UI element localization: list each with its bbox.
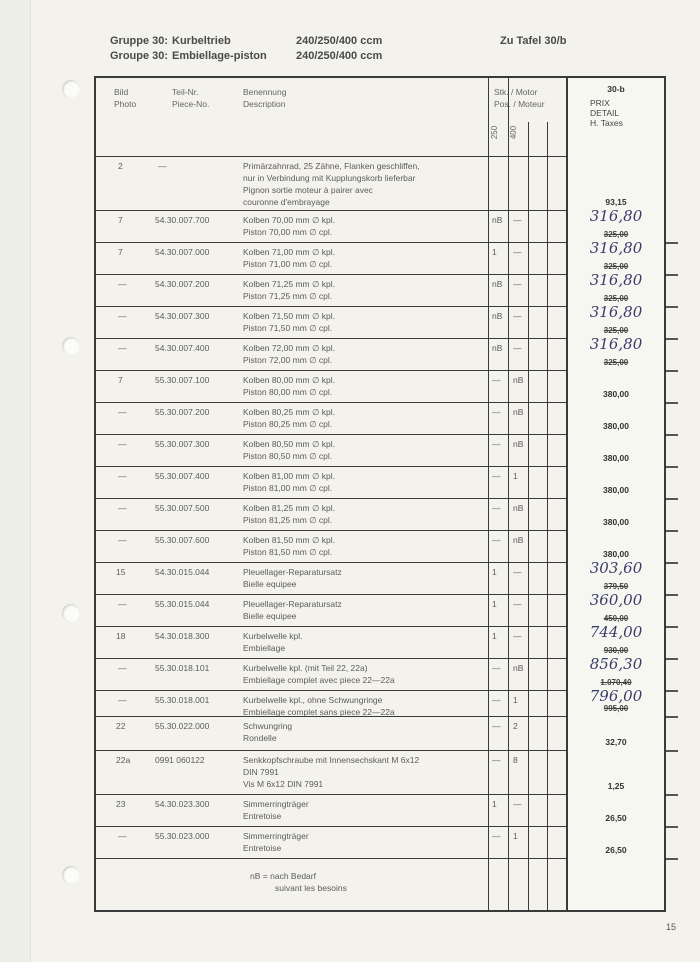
scan-mark: [666, 626, 678, 628]
row-price-handwritten: 360,00: [566, 591, 666, 609]
row-part-number: 55.30.007.500: [155, 502, 209, 514]
row-description: Kolben 80,00 mm ∅ kpl.Piston 80,00 mm ∅ …: [243, 374, 335, 398]
row-photo-ref: —: [118, 662, 127, 674]
row-price-handwritten: 316,80: [566, 271, 666, 289]
row-price-handwritten: 744,00: [566, 623, 666, 641]
col-header-part-no: Teil-Nr.Piece-No.: [172, 86, 209, 110]
row-description: Kurbelwelle kpl.Embiellage: [243, 630, 303, 654]
row-qty-250: —: [492, 694, 501, 706]
row-photo-ref: 2: [118, 160, 123, 172]
row-description: Pleuellager-ReparatursatzBielle equipee: [243, 566, 342, 590]
row-qty-400: 1: [513, 470, 518, 482]
row-qty-400: nB: [513, 406, 523, 418]
row-description: Pleuellager-ReparatursatzBielle equipee: [243, 598, 342, 622]
scan-mark: [666, 338, 678, 340]
row-description: Kolben 71,00 mm ∅ kpl.Piston 71,00 mm ∅ …: [243, 246, 335, 270]
row-part-number: 54.30.007.400: [155, 342, 209, 354]
row-price-handwritten: 316,80: [566, 207, 666, 225]
scan-mark: [666, 858, 678, 860]
row-qty-250: nB: [492, 342, 502, 354]
row-price-old-struck: 325,00: [566, 358, 666, 367]
row-photo-ref: —: [118, 830, 127, 842]
row-part-number: 54.30.007.300: [155, 310, 209, 322]
scan-edge: [0, 0, 31, 962]
row-description: SchwungringRondelle: [243, 720, 292, 744]
scan-mark: [666, 370, 678, 372]
row-qty-400: —: [513, 246, 522, 258]
row-photo-ref: —: [118, 470, 127, 482]
row-price: 380,00: [566, 485, 666, 495]
row-qty-400: nB: [513, 502, 523, 514]
row-photo-ref: 22: [116, 720, 125, 732]
row-price-handwritten: 856,30: [566, 655, 666, 673]
row-part-number: 55.30.007.600: [155, 534, 209, 546]
scan-mark: [666, 498, 678, 500]
row-qty-250: nB: [492, 310, 502, 322]
price-label: PRIXDETAILH. Taxes: [590, 98, 623, 128]
group-ccm-de: 240/250/400 ccm: [296, 35, 382, 47]
row-qty-250: —: [492, 374, 501, 386]
row-photo-ref: 7: [118, 246, 123, 258]
row-part-number: 54.30.023.300: [155, 798, 209, 810]
row-part-number: 54.30.007.200: [155, 278, 209, 290]
row-qty-250: —: [492, 502, 501, 514]
scan-mark: [666, 306, 678, 308]
col-header-bild: BildPhoto: [114, 86, 136, 110]
row-qty-400: nB: [513, 662, 523, 674]
row-description: Kolben 72,00 mm ∅ kpl.Piston 72,00 mm ∅ …: [243, 342, 335, 366]
row-price: 380,00: [566, 517, 666, 527]
scan-mark: [666, 794, 678, 796]
row-price: 93,15: [566, 197, 666, 207]
group-label-fr: Groupe 30:: [110, 50, 168, 62]
row-description: SimmerringträgerEntretoise: [243, 798, 309, 822]
row-qty-250: 1: [492, 598, 497, 610]
row-description: Kolben 80,50 mm ∅ kpl.Piston 80,50 mm ∅ …: [243, 438, 335, 462]
row-photo-ref: 23: [116, 798, 125, 810]
row-part-number: 55.30.007.400: [155, 470, 209, 482]
row-price-old-struck: 325,00: [566, 230, 666, 239]
row-description: Kolben 81,25 mm ∅ kpl.Piston 81,25 mm ∅ …: [243, 502, 335, 526]
row-price: 1,25: [566, 781, 666, 791]
row-qty-250: 1: [492, 246, 497, 258]
scan-mark: [666, 530, 678, 532]
scan-mark: [666, 690, 678, 692]
column-divider: [508, 120, 509, 156]
row-qty-400: —: [513, 214, 522, 226]
group-title-fr: Embiellage-piston: [172, 50, 267, 62]
row-qty-250: —: [492, 662, 501, 674]
scan-mark: [666, 750, 678, 752]
row-description: Kolben 71,50 mm ∅ kpl.Piston 71,50 mm ∅ …: [243, 310, 335, 334]
row-photo-ref: 15: [116, 566, 125, 578]
row-photo-ref: 7: [118, 374, 123, 386]
row-qty-400: —: [513, 310, 522, 322]
row-description: Kurbelwelle kpl. (mit Teil 22, 22a)Embie…: [243, 662, 395, 686]
scan-mark: [666, 402, 678, 404]
row-part-number: 54.30.018.300: [155, 630, 209, 642]
row-part-number: 55.30.018.101: [155, 662, 209, 674]
row-qty-400: —: [513, 342, 522, 354]
scan-mark: [666, 658, 678, 660]
row-part-number: 55.30.015.044: [155, 598, 209, 610]
row-qty-400: 8: [513, 754, 518, 766]
col-header-description: BenennungDescription: [243, 86, 287, 110]
row-photo-ref: —: [118, 502, 127, 514]
row-price-old-struck: 450,00: [566, 614, 666, 623]
scan-mark: [666, 434, 678, 436]
row-price-old-struck: 325,00: [566, 326, 666, 335]
row-part-number: 55.30.007.200: [155, 406, 209, 418]
price-code: 30-b: [566, 83, 666, 95]
row-qty-250: —: [492, 438, 501, 450]
row-qty-400: —: [513, 566, 522, 578]
row-photo-ref: —: [118, 310, 127, 322]
footnote: nB = nach Bedarf suivant les besoins: [250, 870, 347, 894]
row-description: Kurbelwelle kpl., ohne SchwungringeEmbie…: [243, 694, 395, 718]
row-description: Primärzahnrad, 25 Zähne, Flanken geschli…: [243, 160, 420, 208]
row-price-handwritten: 303,60: [566, 559, 666, 577]
row-description: Kolben 80,25 mm ∅ kpl.Piston 80,25 mm ∅ …: [243, 406, 335, 430]
row-part-number: 55.30.022.000: [155, 720, 209, 732]
row-price-old-struck: 930,00: [566, 646, 666, 655]
row-qty-250: —: [492, 534, 501, 546]
plate-reference: Zu Tafel 30/b: [500, 35, 566, 47]
row-part-number: 54.30.007.000: [155, 246, 209, 258]
punch-hole: [62, 337, 80, 355]
row-description: Kolben 70,00 mm ∅ kpl.Piston 70,00 mm ∅ …: [243, 214, 335, 238]
row-price-old-struck: 995,00: [566, 704, 666, 713]
row-photo-ref: —: [118, 694, 127, 706]
row-price: 26,50: [566, 845, 666, 855]
row-price-handwritten: 316,80: [566, 239, 666, 257]
row-qty-400: nB: [513, 534, 523, 546]
row-qty-250: —: [492, 720, 501, 732]
row-part-number: 55.30.018.001: [155, 694, 209, 706]
group-ccm-fr: 240/250/400 ccm: [296, 50, 382, 62]
row-part-number: 55.30.023.000: [155, 830, 209, 842]
punch-hole: [62, 866, 80, 884]
row-price: 32,70: [566, 737, 666, 747]
row-qty-400: 1: [513, 830, 518, 842]
row-description: Kolben 81,00 mm ∅ kpl.Piston 81,00 mm ∅ …: [243, 470, 335, 494]
row-qty-400: 1: [513, 694, 518, 706]
row-description: Senkkopfschraube mit Innensechskant M 6x…: [243, 754, 419, 790]
row-price-old-struck: 325,00: [566, 294, 666, 303]
row-description: Kolben 81,50 mm ∅ kpl.Piston 81,50 mm ∅ …: [243, 534, 335, 558]
row-price-handwritten: 316,80: [566, 303, 666, 321]
row-qty-400: —: [513, 798, 522, 810]
row-price: 380,00: [566, 389, 666, 399]
scan-mark: [666, 274, 678, 276]
row-photo-ref: —: [118, 534, 127, 546]
row-qty-250: nB: [492, 278, 502, 290]
col-header-qty: Stk. / MotorPos. / Moteur: [494, 86, 545, 110]
row-part-number: 55.30.007.100: [155, 374, 209, 386]
row-qty-250: —: [492, 754, 501, 766]
row-part-number: 0991 060122: [155, 754, 205, 766]
group-title-de: Kurbeltrieb: [172, 35, 231, 47]
row-qty-250: 1: [492, 798, 497, 810]
row-qty-250: —: [492, 830, 501, 842]
row-qty-400: —: [513, 278, 522, 290]
row-photo-ref: —: [118, 278, 127, 290]
row-price-old-struck: 325,00: [566, 262, 666, 271]
col-header-250: 250: [490, 126, 499, 139]
row-qty-250: —: [492, 406, 501, 418]
row-qty-250: 1: [492, 566, 497, 578]
row-price: 380,00: [566, 421, 666, 431]
page-number: 15: [666, 922, 676, 932]
row-qty-400: nB: [513, 438, 523, 450]
row-price: 380,00: [566, 549, 666, 559]
row-photo-ref: —: [118, 342, 127, 354]
row-qty-400: nB: [513, 374, 523, 386]
scan-mark: [666, 594, 678, 596]
row-photo-ref: —: [118, 598, 127, 610]
punch-hole: [62, 604, 80, 622]
row-price-old-struck: 1.070,40: [566, 678, 666, 687]
group-label-de: Gruppe 30:: [110, 35, 168, 47]
row-part-number: 54.30.015.044: [155, 566, 209, 578]
row-photo-ref: 18: [116, 630, 125, 642]
scan-mark: [666, 242, 678, 244]
row-qty-250: nB: [492, 214, 502, 226]
row-price-handwritten: 316,80: [566, 335, 666, 353]
row-price-old-struck: 379,50: [566, 582, 666, 591]
row-qty-400: —: [513, 598, 522, 610]
punch-hole: [62, 80, 80, 98]
row-photo-ref: 22a: [116, 754, 130, 766]
row-description: Kolben 71,25 mm ∅ kpl.Piston 71,25 mm ∅ …: [243, 278, 335, 302]
scan-mark: [666, 826, 678, 828]
row-qty-250: 1: [492, 630, 497, 642]
row-photo-ref: —: [118, 438, 127, 450]
row-part-number: 54.30.007.700: [155, 214, 209, 226]
row-photo-ref: —: [118, 406, 127, 418]
row-qty-400: —: [513, 630, 522, 642]
scan-mark: [666, 562, 678, 564]
row-qty-250: —: [492, 470, 501, 482]
row-description: SimmerringträgerEntretoise: [243, 830, 309, 854]
row-photo-ref: 7: [118, 214, 123, 226]
row-qty-400: 2: [513, 720, 518, 732]
scan-mark: [666, 466, 678, 468]
scan-mark: [666, 716, 678, 718]
row-part-number: 55.30.007.300: [155, 438, 209, 450]
row-price-handwritten: 796,00: [566, 687, 666, 705]
row-price: 380,00: [566, 453, 666, 463]
col-header-400: 400: [509, 126, 518, 139]
row-price: 26,50: [566, 813, 666, 823]
row-part-number: —: [158, 160, 167, 172]
row-divider: [94, 858, 566, 859]
